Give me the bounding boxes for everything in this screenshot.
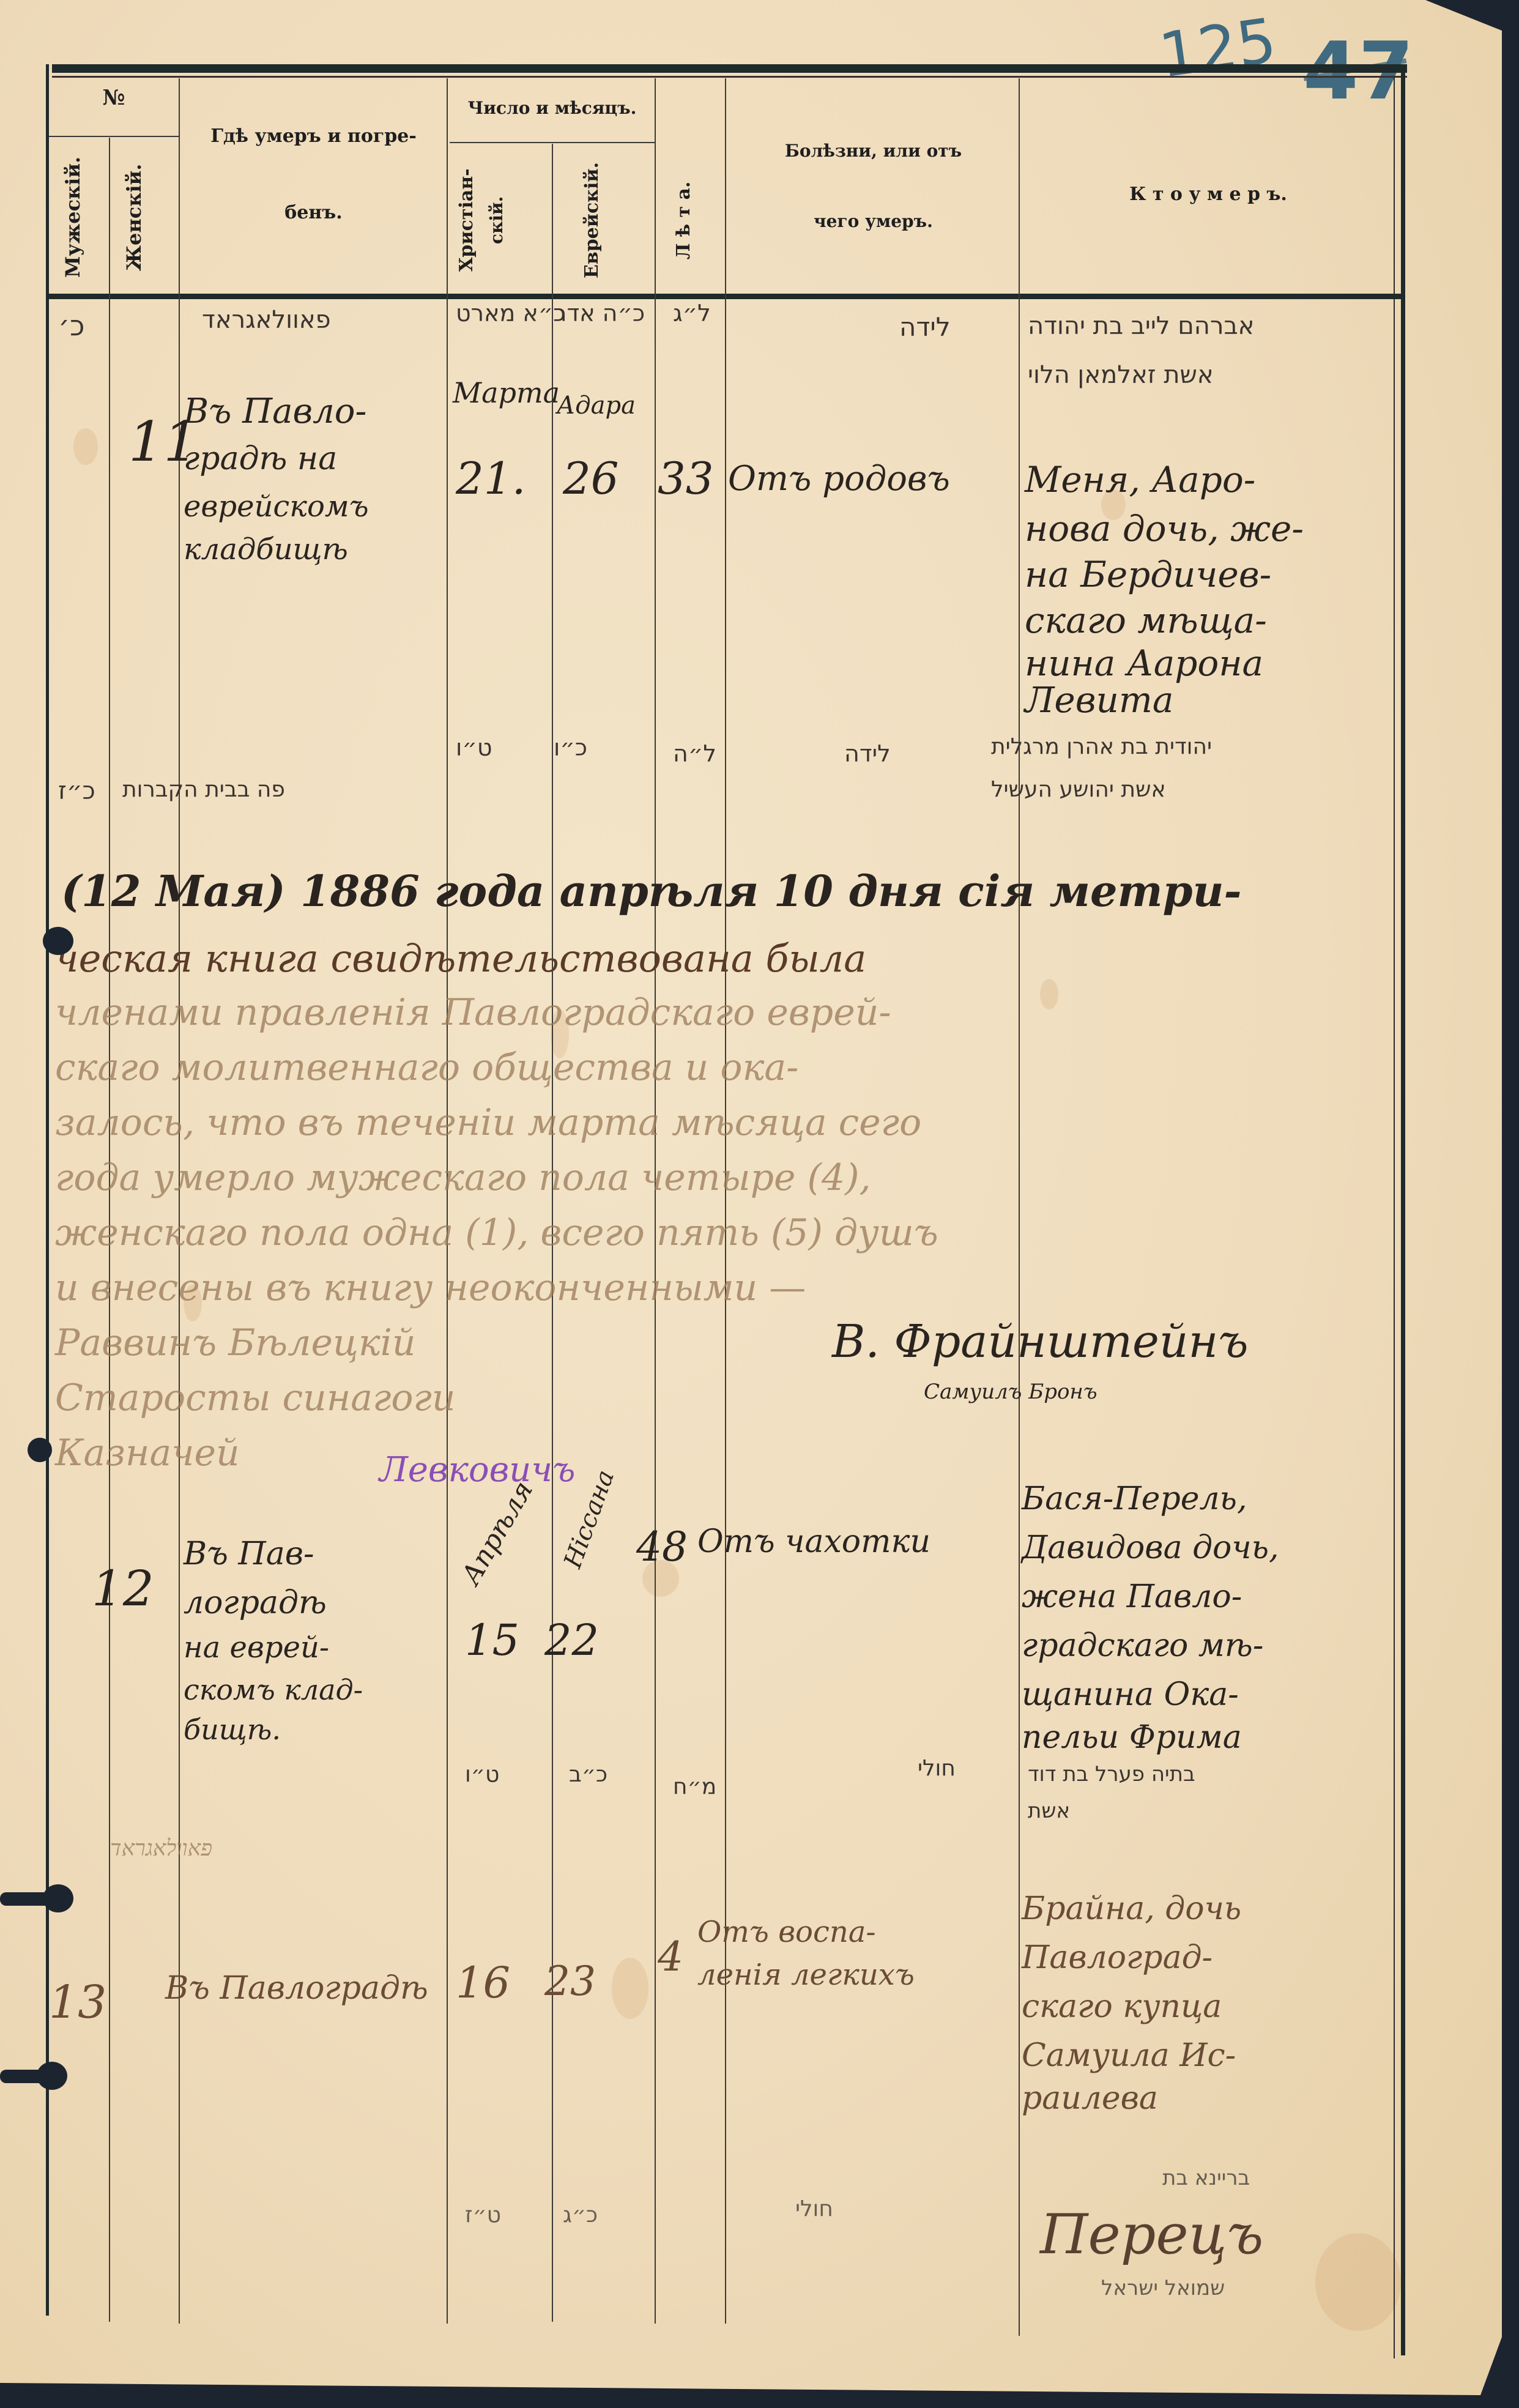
header-christian-line2: скій.: [486, 150, 511, 291]
who-line: жена Павло-: [1022, 1578, 1242, 1615]
place-line: Въ Павлоградѣ: [165, 1970, 428, 2007]
who-line: Брайна, дочь: [1022, 1890, 1241, 1927]
age: 48: [636, 1523, 688, 1570]
binding-hole-tear: [0, 2070, 49, 2083]
place-line: Въ Пав-: [184, 1536, 314, 1572]
certification-line: ческая книга свидѣтельствована была: [55, 936, 866, 981]
female-number: 12: [92, 1560, 154, 1617]
hebrew-number: כ׳: [58, 309, 84, 342]
christian-month: Марта: [453, 376, 560, 409]
christian-day: 16: [456, 1958, 510, 2008]
hebrew-cause: לידה: [844, 740, 891, 767]
hebrew-christian-date: ט״ז: [465, 2202, 501, 2228]
christian-day: 21.: [456, 453, 526, 504]
header-place-line1: Гдѣ умеръ и погре-: [180, 125, 447, 147]
hebrew-cause: חולי: [795, 2196, 833, 2221]
place-line: еврейскомъ: [184, 489, 369, 524]
hebrew-place: פה בבית הקברות: [122, 777, 285, 802]
hebrew-who-line1: בריינא בת: [1162, 2166, 1250, 2190]
who-line: щанина Ока-: [1022, 1676, 1239, 1713]
stain: [73, 428, 98, 465]
signature-purple: Левковичъ: [379, 1450, 575, 1490]
who-line: раилева: [1022, 2080, 1158, 2117]
hebrew-christian-date: ט״ו: [465, 1762, 499, 1787]
header-jewish: Еврейскій.: [581, 150, 618, 291]
place-line: бищѣ.: [184, 1713, 281, 1746]
certification-line: членами правленія Павлоградскаго еврей-: [55, 991, 891, 1034]
signature-bron: Самуилъ Бронъ: [924, 1380, 1097, 1404]
header-christian-line1: Христіан-: [456, 150, 480, 291]
who-line: Давидова дочь,: [1022, 1529, 1279, 1566]
jewish-day: 26: [563, 453, 619, 504]
frame-top-thin-rule: [52, 76, 1407, 78]
christian-day: 15: [465, 1615, 519, 1665]
hebrew-who-line1: בתיה פערל בת דוד: [1028, 1762, 1195, 1786]
jewish-day: 23: [544, 1958, 596, 2005]
place-line: Въ Павло-: [184, 392, 366, 431]
who-line: Павлоград-: [1022, 1939, 1213, 1976]
hebrew-jewish-date: כ״ב: [569, 1762, 607, 1787]
hebrew-place: פאוולאגראד: [110, 1835, 212, 1861]
hebrew-place: פאוולאגראד: [202, 306, 331, 334]
who-line: Бася-Перель,: [1022, 1481, 1247, 1517]
who-line: градскаго мѣ-: [1022, 1627, 1263, 1664]
hebrew-who-line1: יהודית בת אהרן מרגלית: [991, 734, 1212, 759]
place-line: лоградѣ: [184, 1585, 327, 1621]
header-female: Женскій.: [122, 147, 159, 288]
signature-frainshtein: В. Фрайнштейнъ: [832, 1315, 1249, 1368]
hebrew-jewish-date: כ״ו: [554, 734, 587, 761]
cause-line: Отъ воспа-: [697, 1915, 876, 1949]
certification-line: (12 Мая) 1886 года апрѣля 10 дня сія мет…: [61, 866, 1242, 916]
hebrew-christian-date: ט״ו: [456, 734, 492, 761]
binding-hole: [28, 1438, 52, 1462]
hebrew-jewish-date: כ״ג: [563, 2202, 598, 2228]
hebrew-who-line2: אשת: [1028, 1799, 1070, 1823]
who-line: Меня, Ааро-: [1025, 459, 1255, 500]
hebrew-age: ל״ה: [673, 740, 716, 767]
place-line: на еврей-: [184, 1630, 329, 1665]
place-line: градѣ на: [184, 440, 337, 477]
who-line: нина Аарона: [1025, 642, 1263, 684]
cause: Отъ родовъ: [728, 459, 950, 499]
column-divider-cause-who: [1019, 78, 1020, 2336]
jewish-day: 22: [544, 1615, 599, 1665]
hebrew-christian-date: כ״א מארט: [456, 300, 565, 327]
signature-perets: Перецъ: [1040, 2202, 1263, 2267]
number-subheader-rule: [49, 136, 179, 137]
frame-right-rule: [1401, 67, 1405, 2355]
header-cause-line2: чего умеръ.: [728, 211, 1019, 231]
header-bottom-rule: [49, 294, 1404, 299]
header-age: Л ѣ т а.: [673, 150, 710, 291]
hebrew-who-line2: אשת יהושע העשיל: [991, 777, 1166, 802]
cause-line: ленія легкихъ: [697, 1958, 915, 1992]
hebrew-cause: לידה: [899, 312, 951, 342]
header-place-line2: бенъ.: [180, 202, 447, 223]
certification-line: женскаго пола одна (1), всего пять (5) д…: [55, 1211, 938, 1254]
binding-hole-tear: [0, 1892, 55, 1906]
frame-top-rule: [52, 64, 1407, 73]
header-number: №: [49, 86, 179, 110]
who-line: нова дочь, же-: [1025, 508, 1304, 549]
jewish-month: Адара: [557, 392, 636, 420]
place-line: кладбищѣ: [184, 532, 348, 567]
place-line: скомъ клад-: [184, 1673, 363, 1706]
who-line: пельи Фрима: [1022, 1719, 1242, 1756]
hebrew-jewish-date: כ״ה אדר: [554, 300, 645, 327]
age: 33: [658, 453, 714, 504]
hebrew-age: ל״ג: [673, 300, 711, 327]
certification-line: года умерло мужескаго пола четыре (4),: [55, 1156, 871, 1199]
column-divider-place-date: [447, 78, 448, 2324]
header-who: К т о у м е р ъ.: [1022, 184, 1395, 205]
female-number: 13: [49, 1976, 106, 2029]
age: 4: [658, 1933, 683, 1980]
who-line: скаго мѣща-: [1025, 600, 1267, 641]
who-line: на Бердичев-: [1025, 554, 1271, 595]
certification-line: Раввинъ Бѣлецкій: [55, 1321, 415, 1364]
hebrew-who-line1: אברהם לייב בת יהודה: [1028, 312, 1254, 340]
stain: [1315, 2233, 1401, 2331]
column-divider-date-age: [655, 78, 656, 2324]
stain: [612, 1958, 648, 2019]
who-line: Самуила Ис-: [1022, 2037, 1236, 2074]
hebrew-number: כ״ז: [58, 777, 95, 805]
certification-line: залось, что въ теченіи марта мѣсяца сего: [55, 1101, 921, 1144]
certification-line: и внесены въ книгу неоконченными —: [55, 1266, 806, 1309]
header-cause-line1: Болѣзни, или отъ: [728, 141, 1019, 161]
cause: Отъ чахотки: [697, 1523, 930, 1560]
stain: [1040, 979, 1058, 1009]
header-male: Мужескій.: [61, 147, 98, 288]
who-line: Левита: [1025, 679, 1173, 721]
certification-line: Старосты синагоги: [55, 1377, 456, 1419]
certification-line: Казначей: [55, 1432, 240, 1474]
hebrew-cause: חולי: [918, 1756, 956, 1781]
header-date: Число и мѣсяцъ.: [450, 98, 655, 118]
date-subheader-rule: [450, 142, 655, 143]
hebrew-who-line2: שמואל ישראל: [1101, 2276, 1225, 2300]
who-line: скаго купца: [1022, 1988, 1222, 2025]
hebrew-age: מ״ח: [673, 1774, 716, 1799]
certification-line: скаго молитвеннаго общества и ока-: [55, 1046, 798, 1089]
frame-right-thin-rule: [1394, 76, 1395, 2358]
binding-hole: [43, 927, 73, 955]
hebrew-who-line2: אשת זאלמאן הלוי: [1028, 361, 1214, 389]
